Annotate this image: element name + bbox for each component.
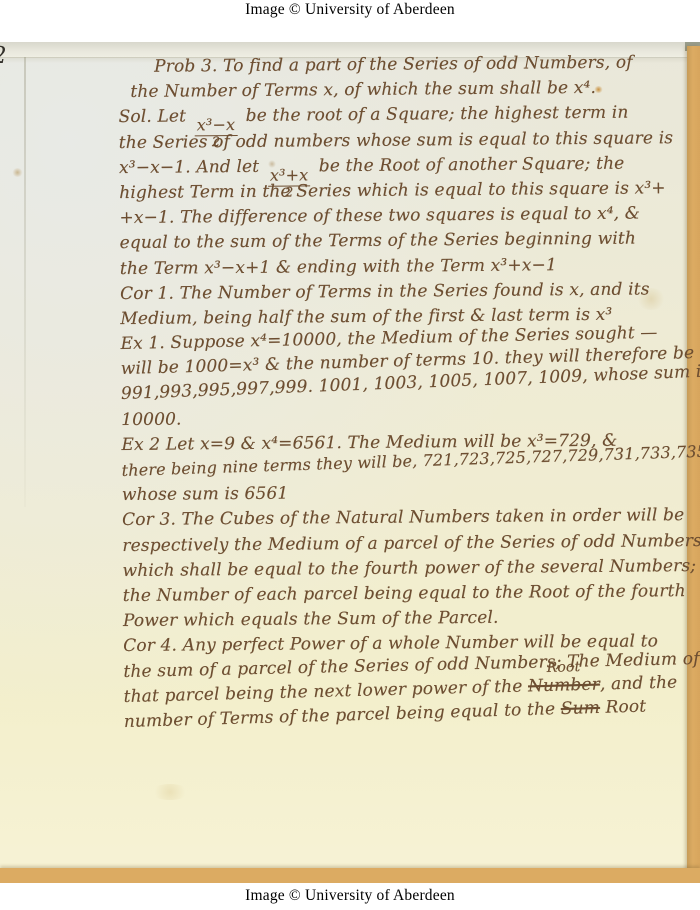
inserted-word: Root	[546, 660, 580, 675]
copyright-text-top: Image © University of Aberdeen	[245, 1, 455, 18]
handwritten-text: Power which equals the Sum of the Parcel…	[123, 608, 499, 631]
screenshot-root: Image © University of Aberdeen 2 Prob 3.…	[0, 0, 700, 910]
handwritten-text: be the root of a Square; the highest ter…	[240, 103, 629, 126]
handwritten-text: be the Root of another Square; the	[313, 153, 624, 176]
handwritten-text: Prob 3. To find a part of the Series of …	[154, 53, 633, 77]
manuscript-text-block: Prob 3. To find a part of the Series of …	[118, 50, 698, 735]
paper-stain	[12, 168, 23, 177]
handwritten-text: Sol. Let	[118, 107, 191, 128]
handwritten-text: Cor 1. The Number of Terms in the Series…	[120, 279, 650, 304]
handwritten-text: x³−x−1. And let	[119, 156, 265, 177]
handwritten-text: highest Term in the Series which is equa…	[119, 178, 666, 203]
handwritten-text: whose sum is 6561	[122, 484, 289, 505]
struck-word: Number	[528, 674, 600, 696]
scan-backing-bottom	[0, 868, 700, 883]
handwritten-text: equal to the sum of the Terms of the Ser…	[120, 229, 636, 254]
handwritten-text: Cor 3. The Cubes of the Natural Numbers …	[122, 505, 684, 530]
handwritten-text: 10000.	[121, 409, 182, 430]
handwritten-text: +x−1. The difference of these two square…	[119, 204, 640, 229]
handwritten-text: , and the	[600, 672, 678, 694]
corrected-word: Sum	[560, 696, 600, 722]
handwritten-line: the Number of each parcel being equal to…	[123, 579, 697, 609]
copyright-banner-top: Image © University of Aberdeen	[0, 1, 700, 19]
paper-stain	[150, 784, 190, 800]
handwritten-text: the Number of Terms x, of which the sum …	[130, 78, 596, 102]
copyright-banner-bottom: Image © University of Aberdeen	[0, 887, 700, 905]
handwritten-text: the Term x³−x+1 & ending with the Term x…	[120, 255, 557, 279]
copyright-text-bottom: Image © University of Aberdeen	[245, 887, 455, 904]
manuscript-scan: 2 Prob 3. To find a part of the Series o…	[0, 42, 700, 883]
handwritten-line: Prob 3. To find a part of the Series of …	[118, 50, 692, 80]
handwritten-text: respectively the Medium of a parcel of t…	[122, 530, 700, 555]
handwritten-text: which shall be equal to the fourth power…	[122, 556, 696, 581]
paper-fold-line	[24, 57, 26, 507]
struck-word: Sum	[560, 698, 600, 719]
handwritten-text: Root	[600, 696, 647, 717]
handwritten-text: the Series of odd numbers whose sum is e…	[119, 128, 674, 153]
handwritten-line: equal to the sum of the Terms of the Ser…	[120, 226, 694, 256]
marginal-page-numeral: 2	[0, 43, 7, 69]
handwritten-text: the Number of each parcel being equal to…	[123, 581, 686, 606]
